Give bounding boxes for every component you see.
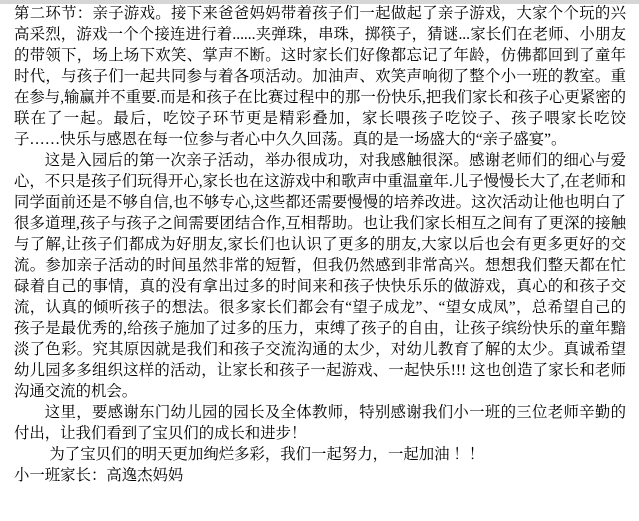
paragraph-thanks: 这里，要感谢东门幼儿园的园长及全体教师，特别感谢我们小一班的三位老师辛勤的付出，… <box>14 402 626 444</box>
paragraph-reflection: 这是入园后的第一次亲子活动，举办很成功，对我感触很深。感谢老师们的细心与爱心，不… <box>14 150 626 402</box>
document-page: 第二环节：亲子游戏。接下来爸爸妈妈带着孩子们一起做起了亲子游戏，大家个个玩的兴高… <box>14 3 626 486</box>
paragraph-activity-games: 第二环节：亲子游戏。接下来爸爸妈妈带着孩子们一起做起了亲子游戏，大家个个玩的兴高… <box>14 3 626 150</box>
paragraph-closing: 为了宝贝们的明天更加绚烂多彩，我们一起努力，一起加油 ！！ <box>14 444 626 465</box>
signature-line: 小一班家长：高逸杰妈妈 <box>14 465 626 486</box>
